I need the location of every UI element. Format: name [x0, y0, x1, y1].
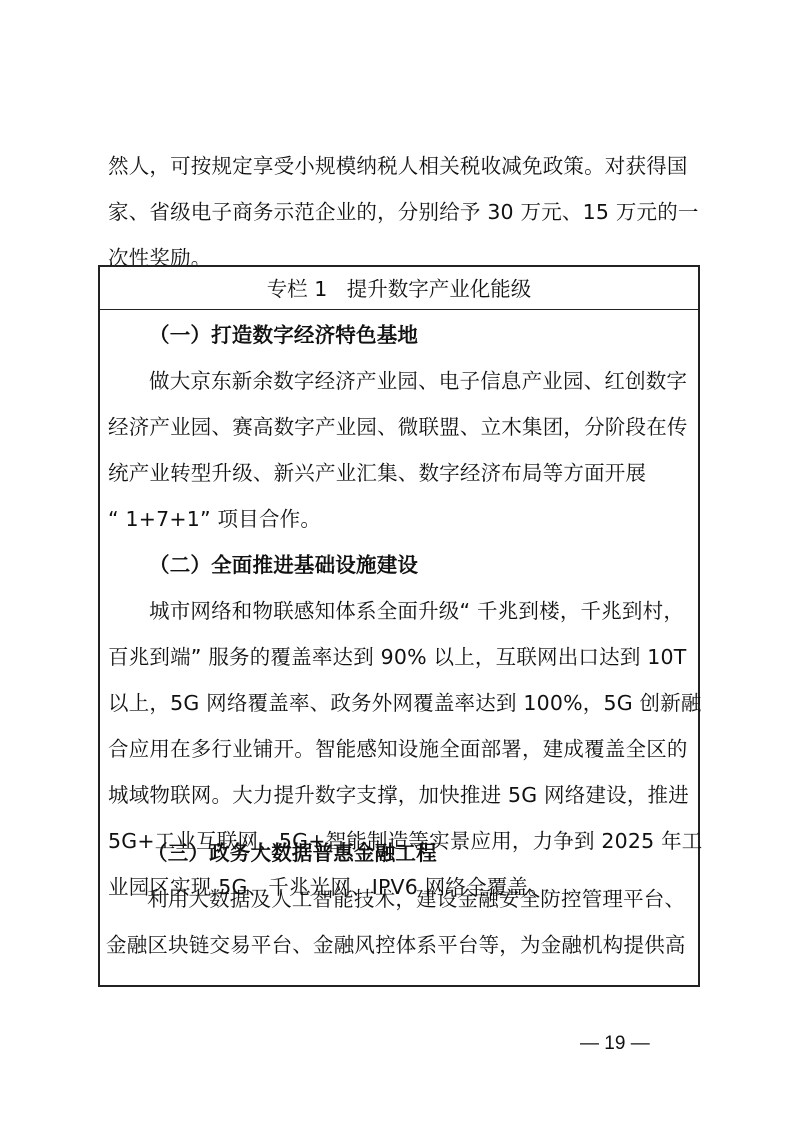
text-line: 城市网络和物联感知体系全面升级“ 千兆到楼，千兆到村，	[108, 599, 739, 623]
text-line: 家、省级电子商务示范企业的，分别给予 30 万元、15 万元的一	[108, 200, 698, 224]
special-column-box: 专栏 1 提升数字产业化能级 （一）打造数字经济特色基地 做大京东新余数字经济产…	[98, 265, 700, 987]
text-line: 金融区块链交易平台、金融风控体系平台等，为金融机构提供高	[106, 933, 696, 957]
text-line: 做大京东新余数字经济产业园、电子信息产业园、红创数字	[108, 369, 739, 393]
section-heading: （二）全面推进基础设施建设	[108, 553, 739, 577]
text-line: 百兆到端” 服务的覆盖率达到 90% 以上，互联网出口达到 10T	[108, 645, 698, 669]
text-line: 合应用在多行业铺开。智能感知设施全面部署，建成覆盖全区的	[108, 737, 698, 761]
text-line: “ 1+7+1” 项目合作。	[108, 507, 698, 531]
text-line: 城域物联网。大力提升数字支撑，加快推进 5G 网络建设，推进	[108, 783, 698, 807]
text-line: 利用大数据及人工智能技术，建设金融安全防控管理平台、	[106, 887, 737, 911]
text-line: 统产业转型升级、新兴产业汇集、数字经济布局等方面开展	[108, 461, 698, 485]
box-title: 专栏 1 提升数字产业化能级	[100, 277, 698, 301]
text-line: 然人，可按规定享受小规模纳税人相关税收减免政策。对获得国	[108, 154, 698, 178]
section-heading: （三）政务大数据普惠金融工程	[106, 841, 737, 865]
section-heading: （一）打造数字经济特色基地	[108, 323, 739, 347]
text-line: 以上，5G 网络覆盖率、政务外网覆盖率达到 100%，5G 创新融	[108, 691, 698, 715]
text-line: 经济产业园、赛高数字产业园、微联盟、立木集团，分阶段在传	[108, 415, 698, 439]
title-divider	[100, 309, 698, 310]
page-number: — 19 —	[580, 1032, 650, 1056]
